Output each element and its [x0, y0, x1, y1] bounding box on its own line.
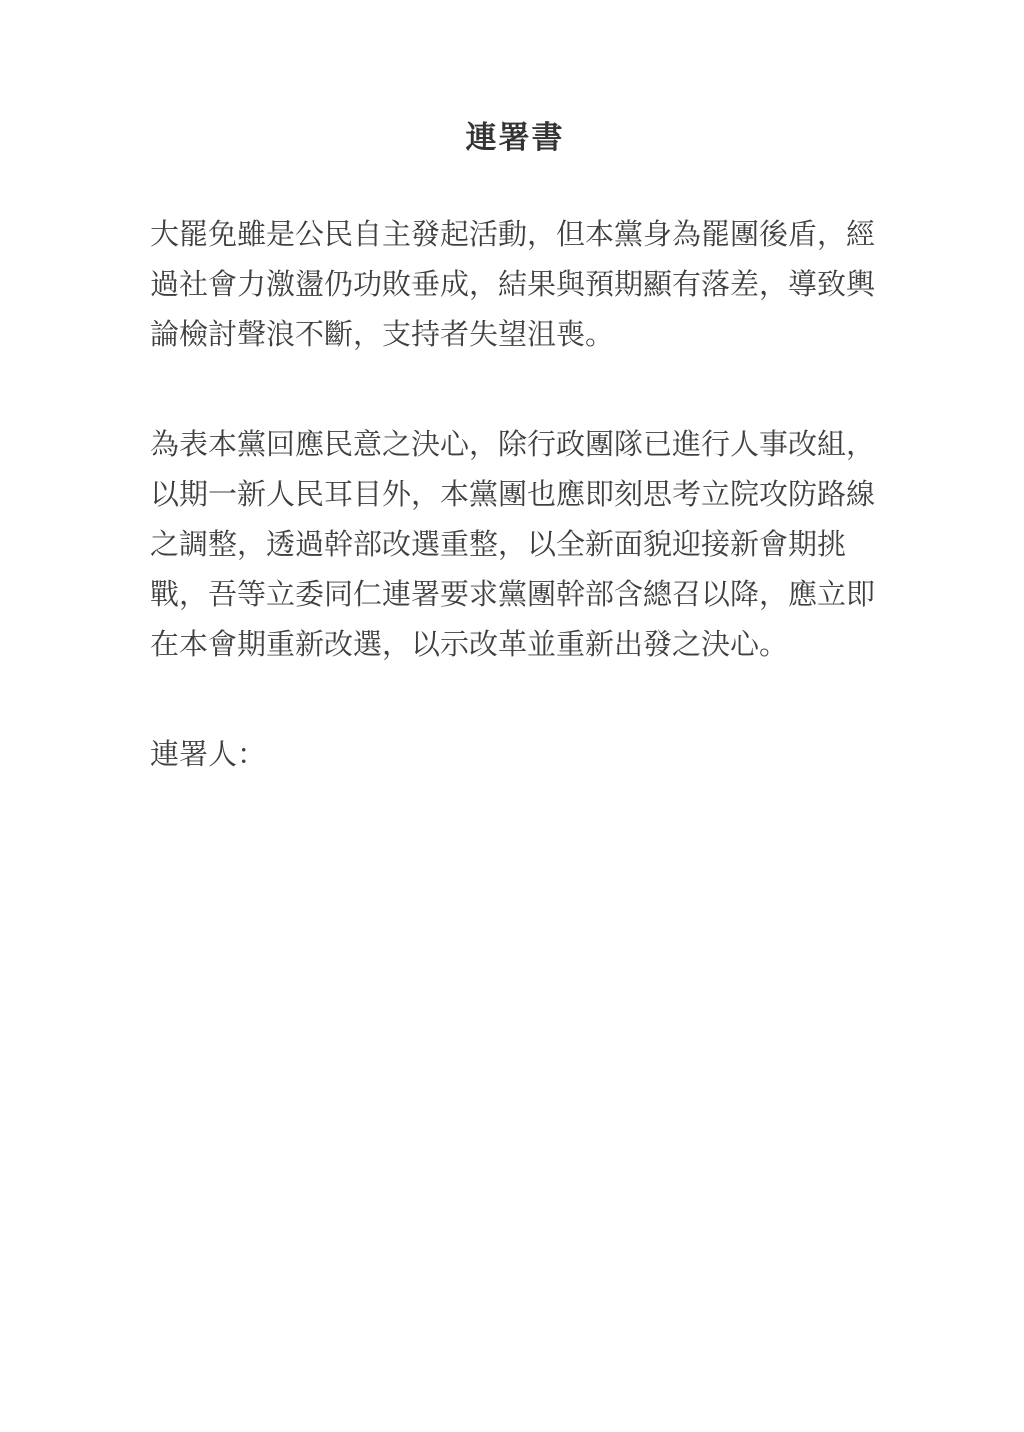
document-title: 連署書: [150, 112, 880, 157]
document-content: 連署書 大罷免雖是公民自主發起活動，但本黨身為罷團後盾，經過社會力激盪仍功敗垂成…: [150, 112, 880, 780]
signature-label: 連署人：: [150, 730, 880, 780]
paragraph-1: 大罷免雖是公民自主發起活動，但本黨身為罷團後盾，經過社會力激盪仍功敗垂成，結果與…: [150, 210, 880, 360]
paragraph-2: 為表本黨回應民意之決心，除行政團隊已進行人事改組，以期一新人民耳目外，本黨團也應…: [150, 420, 880, 670]
petition-document-page: 連署書 大罷免雖是公民自主發起活動，但本黨身為罷團後盾，經過社會力激盪仍功敗垂成…: [0, 0, 1024, 1432]
